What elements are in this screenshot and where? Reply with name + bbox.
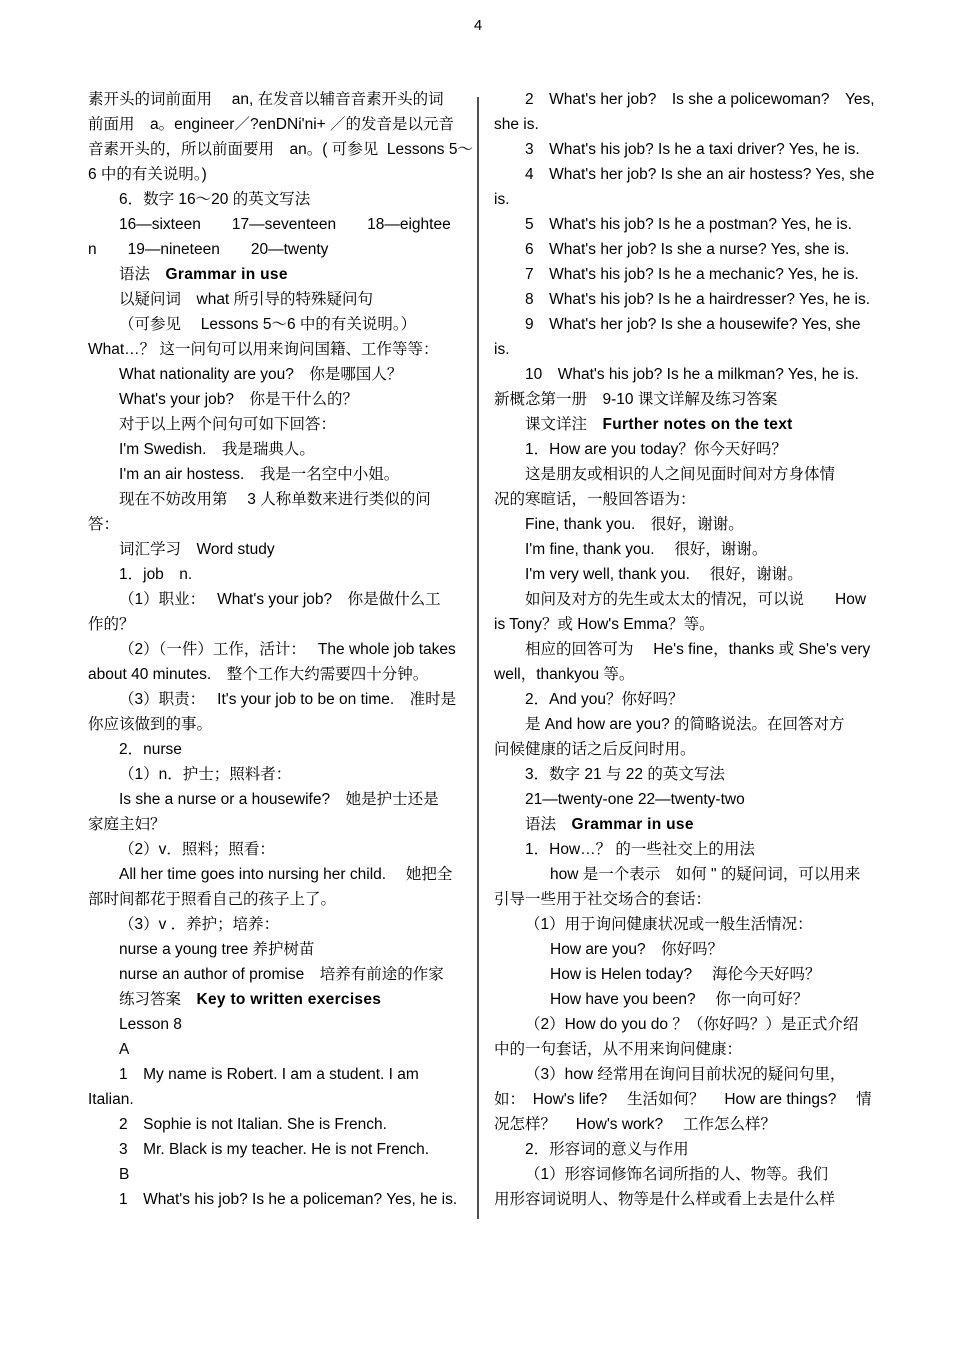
text-line: What…？ 这一问句可以用来询问国籍、工作等等： [88,337,468,362]
line-text: 10 What's his job? Is he a milkman? Yes,… [525,366,859,383]
text-line: 这是朋友或相识的人之间见面时间对方身体情 [494,462,876,487]
line-text: 8 What's his job? Is he a hairdresser? Y… [525,291,870,308]
line-text: 这是朋友或相识的人之间见面时间对方身体情 [525,466,835,483]
line-bold-text: Key to written exercises [197,991,382,1008]
line-text: What's your job? 你是干什么的？ [119,391,358,408]
line-text: 6．数字 16～20 的英文写法 [119,191,310,208]
line-text: 素开头的词前面用 an, 在发音以辅音音素开头的词 [88,91,444,108]
text-line: 以疑问词 what 所引导的特殊疑问句 [88,287,468,312]
line-text: is. [494,191,510,208]
line-text: （3）v ．养护；培养： [119,916,279,933]
text-line: Fine, thank you. 很好，谢谢。 [494,512,876,537]
text-line: A [88,1037,468,1062]
line-text: 引导一些用于社交场合的套话： [494,891,711,908]
text-line: 9 What's her job? Is she a housewife? Ye… [494,312,876,337]
line-text: 答： [88,516,119,533]
line-text: 2 Sophie is not Italian. She is French. [119,1116,387,1133]
line-text: I'm Swedish. 我是瑞典人。 [119,441,315,458]
text-line: 2．And you？你好吗？ [494,687,876,712]
line-text: 相应的回答可为 He's fine，thanks 或 She's very [525,641,870,658]
line-text: 2．And you？你好吗？ [525,691,684,708]
line-text: 4 What's her job? Is she an air hostess?… [525,166,874,183]
text-line: 前面用 a。engineer／?enDNi'ni+ ／的发音是以元音 [88,112,468,137]
text-line: 6．数字 16～20 的英文写法 [88,187,468,212]
line-bold-text: Further notes on the text [603,416,793,433]
left-column: 素开头的词前面用 an, 在发音以辅音音素开头的词前面用 a。engineer／… [88,87,468,1212]
text-line: 引导一些用于社交场合的套话： [494,887,876,912]
line-text: 新概念第一册 9-10 课文详解及练习答案 [494,391,777,408]
text-line: （3）职责： It's your job to be on time. 准时是 [88,687,468,712]
text-line: 语法 Grammar in use [494,812,876,837]
line-text: 前面用 a。engineer／?enDNi'ni+ ／的发音是以元音 [88,116,454,133]
column-divider [477,97,479,1219]
text-line: 7 What's his job? Is he a mechanic? Yes,… [494,262,876,287]
text-line: 如问及对方的先生或太太的情况，可以说 How [494,587,876,612]
text-line: I'm an air hostess. 我是一名空中小姐。 [88,462,468,487]
text-line: 21—twenty-one 22—twenty-two [494,787,876,812]
text-line: 是 And how are you? 的简略说法。在回答对方 [494,712,876,737]
text-line: 16—sixteen 17—seventeen 18—eightee [88,212,468,237]
text-line: Is she a nurse or a housewife? 她是护士还是 [88,787,468,812]
text-line: I'm Swedish. 我是瑞典人。 [88,437,468,462]
line-text: How are you? 你好吗？ [550,941,723,958]
line-text: （1）n．护士；照料者： [119,766,291,783]
line-text: （1）职业： What's your job? 你是做什么工 [119,591,441,608]
text-line: What's your job? 你是干什么的？ [88,387,468,412]
text-line: how 是一个表示 如何 " 的疑问词，可以用来 [494,862,876,887]
line-bold-text: Grammar in use [572,816,694,833]
line-text: All her time goes into nursing her child… [119,866,452,883]
text-line: 1 My name is Robert. I am a student. I a… [88,1062,468,1087]
line-text: 练习答案 [119,991,197,1008]
page-number: 4 [0,16,956,36]
line-text: 现在不妨改用第 3 人称单数来进行类似的问 [119,491,431,508]
text-line: Lesson 8 [88,1012,468,1037]
line-text: 况怎样？ How's work? 工作怎么样？ [494,1116,776,1133]
line-text: 是 And how are you? 的简略说法。在回答对方 [525,716,845,733]
text-line: 3 What's his job? Is he a taxi driver? Y… [494,137,876,162]
text-line: 对于以上两个问句可如下回答： [88,412,468,437]
text-line: Italian. [88,1087,468,1112]
line-text: 7 What's his job? Is he a mechanic? Yes,… [525,266,859,283]
line-text: 课文详注 [525,416,603,433]
text-line: 5 What's his job? Is he a postman? Yes, … [494,212,876,237]
line-text: What…？ 这一问句可以用来询问国籍、工作等等： [88,341,439,358]
line-text: 6 中的有关说明。) [88,166,207,183]
text-line: 中的一句套话，从不用来询问健康： [494,1037,876,1062]
text-line: How are you? 你好吗？ [494,937,876,962]
line-text: nurse a young tree 养护树苗 [119,941,315,958]
line-text: 16—sixteen 17—seventeen 18—eightee [119,216,451,233]
text-line: about 40 minutes. 整个工作大约需要四十分钟。 [88,662,468,687]
text-line: 语法 Grammar in use [88,262,468,287]
line-text: 语法 [119,266,166,283]
line-text: I'm an air hostess. 我是一名空中小姐。 [119,466,399,483]
line-text: （2）v．照料；照看： [119,841,275,858]
line-text: 2．形容词的意义与作用 [525,1141,689,1158]
line-text: How have you been? 你一向可好？ [550,991,808,1008]
line-text: （1）用于询问健康状况或一般生活情况： [525,916,813,933]
text-line: （1）形容词修饰名词所指的人、物等。我们 [494,1162,876,1187]
line-text: 1．How…？ 的一些社交上的用法 [525,841,755,858]
line-text: is Tony？或 How's Emma？等。 [494,616,715,633]
text-line: well，thankyou 等。 [494,662,876,687]
document-page: 4 素开头的词前面用 an, 在发音以辅音音素开头的词前面用 a。enginee… [0,0,956,1353]
text-line: nurse an author of promise 培养有前途的作家 [88,962,468,987]
text-line: 2．nurse [88,737,468,762]
text-line: 用形容词说明人、物等是什么样或看上去是什么样 [494,1187,876,1212]
text-line: What nationality are you? 你是哪国人？ [88,362,468,387]
line-text: 3．数字 21 与 22 的英文写法 [525,766,725,783]
line-text: 词汇学习 Word study [119,541,275,558]
line-text: I'm fine, thank you. 很好，谢谢。 [525,541,767,558]
text-line: 4 What's her job? Is she an air hostess?… [494,162,876,187]
line-text: 以疑问词 what 所引导的特殊疑问句 [119,291,373,308]
line-text: n 19—nineteen 20—twenty [88,241,328,258]
line-text: 况的寒暄话，一般回答语为： [494,491,696,508]
text-line: 1 What's his job? Is he a policeman? Yes… [88,1187,468,1212]
text-line: 1．How are you today？你今天好吗？ [494,437,876,462]
text-line: 现在不妨改用第 3 人称单数来进行类似的问 [88,487,468,512]
line-text: （2）How do you do ？（你好吗？）是正式介绍 [525,1016,858,1033]
text-line: （3）v ．养护；培养： [88,912,468,937]
text-line: 家庭主妇？ [88,812,468,837]
text-line: 素开头的词前面用 an, 在发音以辅音音素开头的词 [88,87,468,112]
text-line: 课文详注 Further notes on the text [494,412,876,437]
line-text: 问候健康的话之后反问时用。 [494,741,696,758]
line-text: Lesson 8 [119,1016,182,1033]
text-line: is. [494,187,876,212]
line-text: How is Helen today? 海伦今天好吗？ [550,966,820,983]
line-text: 5 What's his job? Is he a postman? Yes, … [525,216,852,233]
text-line: How have you been? 你一向可好？ [494,987,876,1012]
line-text: 2．nurse [119,741,182,758]
line-text: A [119,1041,129,1058]
text-line: 音素开头的，所以前面要用 an。( 可参见 Lessons 5～ [88,137,468,162]
text-line: is Tony？或 How's Emma？等。 [494,612,876,637]
text-line: 6 What's her job? Is she a nurse? Yes, s… [494,237,876,262]
line-text: （3）职责： It's your job to be on time. 准时是 [119,691,456,708]
text-line: 8 What's his job? Is he a hairdresser? Y… [494,287,876,312]
text-line: nurse a young tree 养护树苗 [88,937,468,962]
text-line: 10 What's his job? Is he a milkman? Yes,… [494,362,876,387]
line-text: I'm very well, thank you. 很好，谢谢。 [525,566,803,583]
text-line: （可参见 Lessons 5～6 中的有关说明。） [88,312,468,337]
line-text: B [119,1166,129,1183]
line-text: 如问及对方的先生或太太的情况，可以说 How [525,591,866,608]
text-line: I'm very well, thank you. 很好，谢谢。 [494,562,876,587]
text-line: 你应该做到的事。 [88,712,468,737]
text-line: I'm fine, thank you. 很好，谢谢。 [494,537,876,562]
text-line: （2）v．照料；照看： [88,837,468,862]
text-line: 1．How…？ 的一些社交上的用法 [494,837,876,862]
text-line: 词汇学习 Word study [88,537,468,562]
line-text: 6 What's her job? Is she a nurse? Yes, s… [525,241,849,258]
text-line: 如： How's life? 生活如何？ How are things? 情 [494,1087,876,1112]
text-line: 2．形容词的意义与作用 [494,1137,876,1162]
line-text: 1．job n. [119,566,192,583]
line-text: she is. [494,116,539,133]
line-text: 中的一句套话，从不用来询问健康： [494,1041,742,1058]
text-line: B [88,1162,468,1187]
line-text: 9 What's her job? Is she a housewife? Ye… [525,316,861,333]
text-line: （3）how 经常用在询问目前状况的疑问句里， [494,1062,876,1087]
line-text: Is she a nurse or a housewife? 她是护士还是 [119,791,439,808]
text-line: 2 Sophie is not Italian. She is French. [88,1112,468,1137]
line-text: 1．How are you today？你今天好吗？ [525,441,787,458]
text-line: 况怎样？ How's work? 工作怎么样？ [494,1112,876,1137]
line-text: 部时间都花于照看自己的孩子上了。 [88,891,336,908]
line-text: how 是一个表示 如何 " 的疑问词，可以用来 [550,866,860,883]
line-text: well，thankyou 等。 [494,666,634,683]
line-text: 2 What's her job? Is she a policewoman? … [525,91,875,108]
text-line: （2）（一件）工作，活计： The whole job takes [88,637,468,662]
line-text: 1 My name is Robert. I am a student. I a… [119,1066,419,1083]
text-line: All her time goes into nursing her child… [88,862,468,887]
line-text: What nationality are you? 你是哪国人？ [119,366,402,383]
text-line: 3 Mr. Black is my teacher. He is not Fre… [88,1137,468,1162]
line-text: 语法 [525,816,572,833]
text-line: is. [494,337,876,362]
line-text: 3 Mr. Black is my teacher. He is not Fre… [119,1141,429,1158]
text-line: 练习答案 Key to written exercises [88,987,468,1012]
text-line: 况的寒暄话，一般回答语为： [494,487,876,512]
line-text: （1）形容词修饰名词所指的人、物等。我们 [525,1166,828,1183]
line-text: Fine, thank you. 很好，谢谢。 [525,516,744,533]
line-text: 如： How's life? 生活如何？ How are things? 情 [494,1091,872,1108]
line-text: Italian. [88,1091,134,1108]
text-line: 6 中的有关说明。) [88,162,468,187]
line-text: about 40 minutes. 整个工作大约需要四十分钟。 [88,666,428,683]
line-text: 作的？ [88,616,135,633]
text-line: she is. [494,112,876,137]
text-line: 新概念第一册 9-10 课文详解及练习答案 [494,387,876,412]
line-text: 用形容词说明人、物等是什么样或看上去是什么样 [494,1191,835,1208]
text-line: （1）用于询问健康状况或一般生活情况： [494,912,876,937]
line-text: （3）how 经常用在询问目前状况的疑问句里， [525,1066,845,1083]
text-line: （1）职业： What's your job? 你是做什么工 [88,587,468,612]
text-line: 问候健康的话之后反问时用。 [494,737,876,762]
line-text: 21—twenty-one 22—twenty-two [525,791,745,808]
text-line: 3．数字 21 与 22 的英文写法 [494,762,876,787]
text-line: How is Helen today? 海伦今天好吗？ [494,962,876,987]
text-line: 答： [88,512,468,537]
line-text: nurse an author of promise 培养有前途的作家 [119,966,444,983]
line-bold-text: Grammar in use [166,266,288,283]
text-line: 1．job n. [88,562,468,587]
text-line: n 19—nineteen 20—twenty [88,237,468,262]
text-line: （2）How do you do ？（你好吗？）是正式介绍 [494,1012,876,1037]
line-text: 3 What's his job? Is he a taxi driver? Y… [525,141,860,158]
line-text: 家庭主妇？ [88,816,166,833]
line-text: （2）（一件）工作，活计： The whole job takes [119,641,456,658]
line-text: （可参见 Lessons 5～6 中的有关说明。） [119,316,416,333]
text-line: （1）n．护士；照料者： [88,762,468,787]
text-line: 相应的回答可为 He's fine，thanks 或 She's very [494,637,876,662]
line-text: 你应该做到的事。 [88,716,212,733]
text-line: 部时间都花于照看自己的孩子上了。 [88,887,468,912]
line-text: 对于以上两个问句可如下回答： [119,416,336,433]
right-column: 2 What's her job? Is she a policewoman? … [494,87,876,1212]
line-text: 1 What's his job? Is he a policeman? Yes… [119,1191,457,1208]
line-text: 音素开头的，所以前面要用 an。( 可参见 Lessons 5～ [88,141,473,158]
line-text: is. [494,341,510,358]
text-line: 2 What's her job? Is she a policewoman? … [494,87,876,112]
text-line: 作的？ [88,612,468,637]
